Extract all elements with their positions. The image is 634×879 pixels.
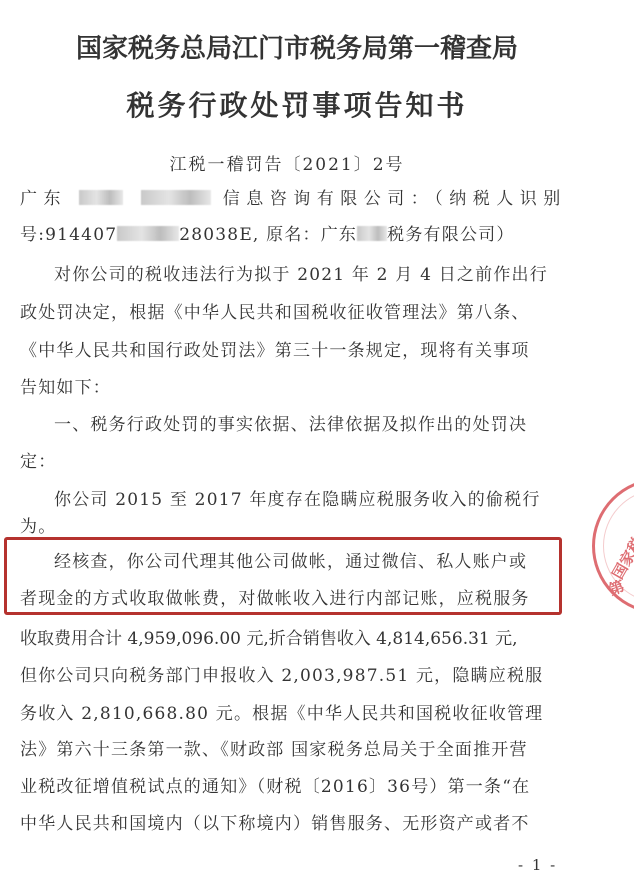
- body-line: 对你公司的税收违法行为拟于 2021 年 2 月 4 日之前作出行: [20, 260, 594, 285]
- document-number: 江税一稽罚告〔2021〕2号: [0, 150, 634, 175]
- section-heading: 一、税务行政处罚的事实依据、法律依据及拟作出的处罚决: [20, 410, 594, 435]
- body-line: 法》第六十三条第一款、《财政部 国家税务总局关于全面推开营: [20, 735, 560, 760]
- body-line: 收取费用合计 4,959,096.00 元,折合销售收入 4,814,656.3…: [20, 624, 560, 649]
- highlighted-line: 者现金的方式收取做帐费，对做帐收入进行内部记账，应税服务: [20, 584, 560, 609]
- body-line: 你公司 2015 至 2017 年度存在隐瞒应税服务收入的偷税行: [20, 485, 594, 510]
- taxid-label: 号:914407: [20, 225, 117, 245]
- addressee-line: 广东 信息咨询有限公司：（纳税人识别: [20, 184, 560, 209]
- body-line: 业税改征增值税试点的通知》（财税〔2016〕36号）第一条“在: [20, 772, 560, 797]
- redacted-block: [357, 226, 387, 241]
- body-line: 定：: [20, 447, 560, 472]
- taxid-tail: 28038E, 原名：广东: [179, 225, 357, 245]
- body-line: 中华人民共和国境内（以下称境内）销售服务、无形资产或者不: [20, 809, 560, 834]
- addressee-suffix: 信息咨询有限公司：（纳税人识别: [223, 189, 567, 209]
- redacted-block: [79, 190, 123, 205]
- highlighted-line: 经核查，你公司代理其他公司做帐，通过微信、私人账户或: [20, 547, 594, 572]
- addressee-prefix: 广东: [20, 189, 67, 209]
- body-line: 为。: [20, 512, 560, 537]
- body-line: 务收入 2,810,668.80 元。根据《中华人民共和国税收征收管理: [20, 699, 560, 724]
- body-line: 告知如下：: [20, 373, 560, 398]
- issuer-title: 国家税务总局江门市税务局第一稽查局: [0, 28, 634, 65]
- former-name-tail: 税务有限公司）: [387, 225, 514, 245]
- redacted-block: [117, 226, 179, 241]
- body-line: 《中华人民共和国行政处罚法》第三十一条规定，现将有关事项: [20, 336, 560, 361]
- official-seal-stamp: 国家税务 第: [592, 478, 634, 614]
- body-line: 政处罚决定，根据《中华人民共和国税收征收管理法》第八条、: [20, 298, 560, 323]
- document-title: 税务行政处罚事项告知书: [0, 84, 634, 124]
- taxid-line: 号:91440728038E, 原名：广东税务有限公司）: [20, 220, 560, 245]
- body-line: 但你公司只向税务部门申报收入 2,003,987.51 元，隐瞒应税服: [20, 661, 560, 686]
- page-number: - 1 -: [518, 856, 557, 874]
- redacted-block: [141, 190, 211, 205]
